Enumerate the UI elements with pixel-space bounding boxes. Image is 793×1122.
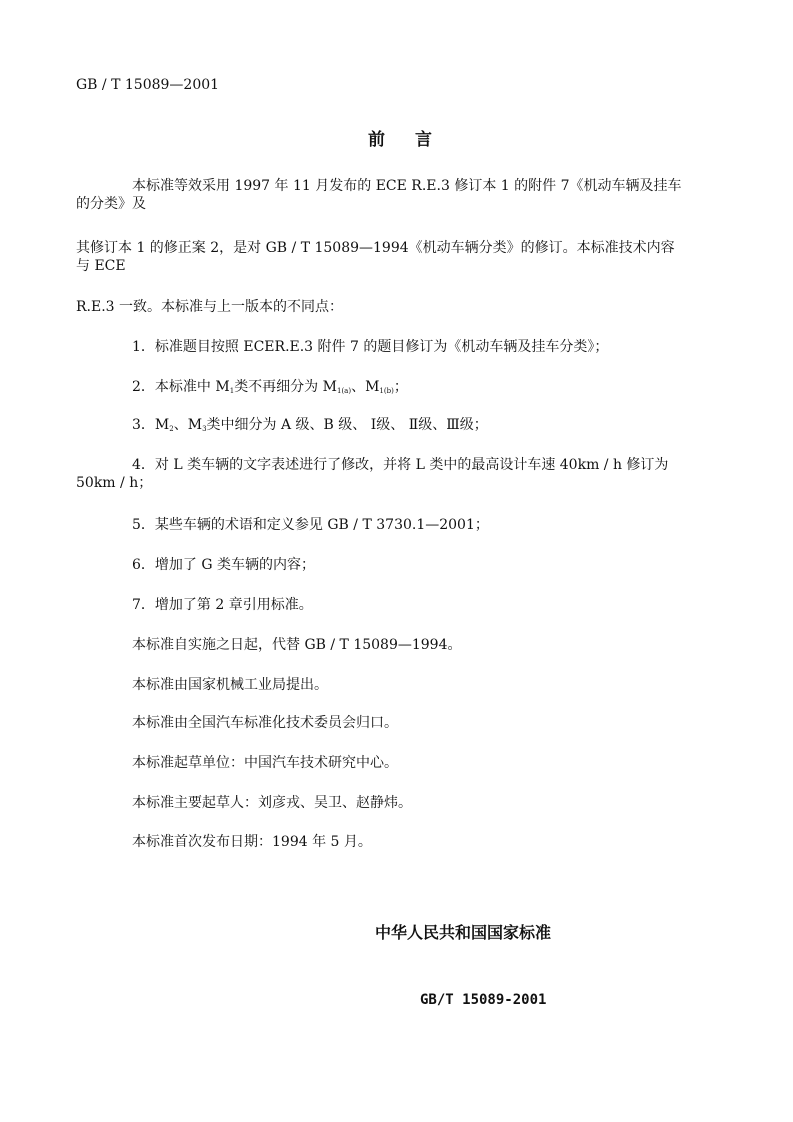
standard-code-header: GB / T 15089—2001 bbox=[76, 77, 219, 93]
item-number: 5． bbox=[132, 517, 155, 533]
footer-standard-code: GB/T 15089-2001 bbox=[420, 992, 546, 1008]
difference-item-5: 5．某些车辆的术语和定义参见 GB / T 3730.1—2001； bbox=[132, 516, 489, 534]
intro-line-3: R.E.3 一致。本标准与上一版本的不同点： bbox=[76, 298, 726, 316]
title-char-2: 言 bbox=[415, 130, 432, 150]
item-text-part: M bbox=[155, 417, 169, 433]
difference-item-1: 1．标准题目按照 ECER.E.3 附件 7 的题目修订为《机动车辆及挂车分类》… bbox=[132, 338, 608, 356]
item-number: 4． bbox=[132, 457, 155, 473]
item-text: 标准题目按照 ECER.E.3 附件 7 的题目修订为《机动车辆及挂车分类》； bbox=[155, 339, 608, 355]
item-number: 7． bbox=[132, 597, 155, 613]
item-text: 某些车辆的术语和定义参见 GB / T 3730.1—2001； bbox=[155, 517, 489, 533]
item-text: 增加了 G 类车辆的内容； bbox=[155, 557, 315, 573]
statement-replaces: 本标准自实施之日起，代替 GB / T 15089—1994。 bbox=[132, 636, 462, 654]
title-char-1: 前 bbox=[368, 130, 385, 150]
statement-centralized-by: 本标准由全国汽车标准化技术委员会归口。 bbox=[132, 714, 398, 732]
subscript: 1(a) bbox=[337, 387, 351, 395]
difference-item-6: 6．增加了 G 类车辆的内容； bbox=[132, 556, 315, 574]
intro-line-1-text: 本标准等效采用 1997 年 11 月发布的 ECE R.E.3 修订本 1 的… bbox=[76, 177, 726, 195]
statement-drafting-unit: 本标准起草单位：中国汽车技术研究中心。 bbox=[132, 754, 398, 772]
statement-first-issued: 本标准首次发布日期：1994 年 5 月。 bbox=[132, 833, 372, 851]
item-text-part: ； bbox=[394, 379, 408, 395]
item-text-part: 、M bbox=[351, 379, 379, 395]
intro-line-2: 其修订本 1 的修正案 2，是对 GB / T 15089—1994《机动车辆分… bbox=[76, 239, 726, 275]
intro-line-1: 本标准等效采用 1997 年 11 月发布的 ECE R.E.3 修订本 1 的… bbox=[76, 177, 726, 213]
statement-proposed-by: 本标准由国家机械工业局提出。 bbox=[132, 676, 328, 694]
item-text-cont: 50km / h； bbox=[76, 474, 726, 492]
item-text: 增加了第 2 章引用标准。 bbox=[155, 597, 313, 613]
item-text: 对 L 类车辆的文字表述进行了修改，并将 L 类中的最高设计车速 40km / … bbox=[155, 457, 669, 473]
item-text-part: 本标准中 M bbox=[155, 379, 230, 395]
difference-item-2: 2．本标准中 M1类不再细分为 M1(a)、M1(b)； bbox=[132, 378, 408, 400]
difference-item-4: 4．对 L 类车辆的文字表述进行了修改，并将 L 类中的最高设计车速 40km … bbox=[76, 456, 726, 492]
item-text-part: 类中细分为 A 级、B 级、 Ⅰ级、 Ⅱ级、Ⅲ级； bbox=[207, 417, 488, 433]
subscript: 1(b) bbox=[379, 387, 393, 395]
intro-line-2-text: 其修订本 1 的修正案 2，是对 GB / T 15089—1994《机动车辆分… bbox=[76, 239, 726, 257]
difference-item-7: 7．增加了第 2 章引用标准。 bbox=[132, 596, 313, 614]
footer-organization: 中华人民共和国国家标准 bbox=[375, 920, 551, 943]
intro-line-1-cont: 的分类》及 bbox=[76, 195, 726, 213]
item-text-part: 、M bbox=[174, 417, 202, 433]
item-number: 6． bbox=[132, 557, 155, 573]
statement-main-drafters: 本标准主要起草人：刘彦戎、吴卫、赵静炜。 bbox=[132, 794, 412, 812]
item-number: 3． bbox=[132, 417, 155, 433]
item-text-part: 类不再细分为 M bbox=[234, 379, 337, 395]
item-number: 2． bbox=[132, 379, 155, 395]
document-page: GB / T 15089—2001 前言 本标准等效采用 1997 年 11 月… bbox=[0, 0, 793, 1122]
difference-item-3: 3．M2、M3类中细分为 A 级、B 级、 Ⅰ级、 Ⅱ级、Ⅲ级； bbox=[132, 416, 488, 438]
intro-line-2-cont: 与 ECE bbox=[76, 257, 726, 275]
page-title: 前言 bbox=[368, 125, 432, 150]
item-number: 1． bbox=[132, 339, 155, 355]
